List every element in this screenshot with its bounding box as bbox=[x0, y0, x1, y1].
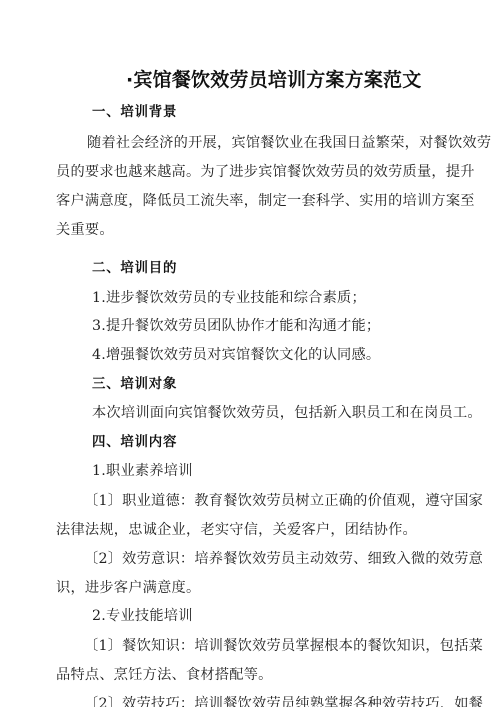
paragraph-line: 〔1〕职业道德：教育餐饮效劳员树立正确的价值观，遵守国家 bbox=[84, 492, 483, 510]
paragraph-line: 〔2〕效劳意识：培养餐饮效劳员主动效劳、细致入微的效劳意 bbox=[84, 550, 483, 568]
list-item: 1.进步餐饮效劳员的专业技能和综合素质； bbox=[92, 289, 366, 307]
section-heading-audience: 三、培训对象 bbox=[92, 376, 177, 394]
paragraph-line: 识，进步客户满意度。 bbox=[56, 579, 200, 597]
subheading: 1.职业素养培训 bbox=[92, 462, 193, 480]
paragraph-line: 〔1〕餐饮知识：培训餐饮效劳员掌握根本的餐饮知识，包括菜 bbox=[84, 637, 483, 655]
paragraph-line: 关重要。 bbox=[56, 221, 114, 239]
list-item: 4.增强餐饮效劳员对宾馆餐饮文化的认同感。 bbox=[92, 346, 380, 364]
paragraph-line: 随着社会经济的开展，宾馆餐饮业在我国日益繁荣，对餐饮效劳 bbox=[87, 134, 491, 152]
paragraph-line: 〔2〕效劳技巧：培训餐饮效劳员纯熟掌握各种效劳技巧，如餐 bbox=[84, 695, 483, 707]
section-heading-purpose: 二、培训目的 bbox=[92, 260, 177, 278]
section-heading-background: 一、培训背景 bbox=[92, 104, 177, 122]
paragraph-line: 客户满意度，降低员工流失率，制定一套科学、实用的培训方案至 bbox=[56, 192, 475, 210]
paragraph-line: 品特点、烹饪方法、食材搭配等。 bbox=[56, 666, 273, 684]
paragraph-line: 员的要求也越来越高。为了进步宾馆餐饮效劳员的效劳质量，提升 bbox=[56, 163, 475, 181]
section-heading-content: 四、培训内容 bbox=[92, 434, 177, 452]
list-item: 3.提升餐饮效劳员团队协作才能和沟通才能； bbox=[92, 317, 380, 335]
document-title: ·宾馆餐饮效劳员培训方案方案范文 bbox=[126, 68, 421, 92]
paragraph-line: 本次培训面向宾馆餐饮效劳员，包括新入职员工和在岗员工。 bbox=[92, 404, 482, 422]
paragraph-line: 法律法规，忠诚企业，老实守信，关爱客户，团结协作。 bbox=[56, 521, 417, 539]
subheading: 2.专业技能培训 bbox=[92, 607, 193, 625]
